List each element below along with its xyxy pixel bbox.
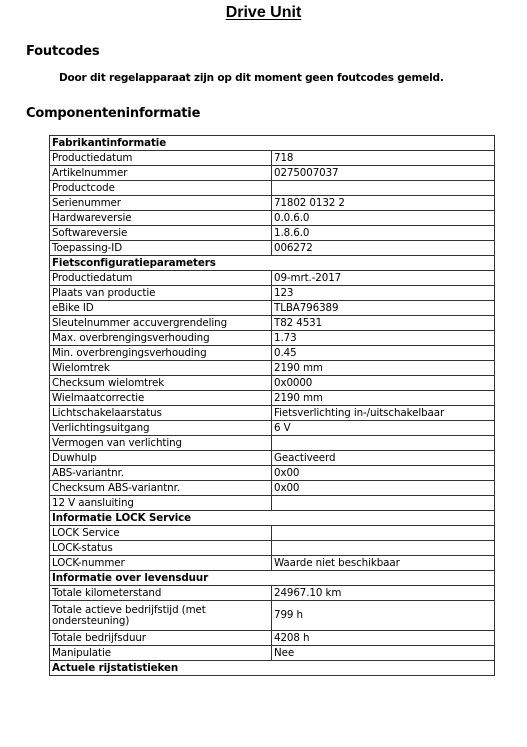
row-label: Totale kilometerstand	[50, 586, 272, 601]
table-row: Productiedatum09-mrt.-2017	[50, 271, 495, 286]
section-title: Informatie LOCK Service	[50, 511, 495, 526]
row-label: 12 V aansluiting	[50, 496, 272, 511]
row-value	[272, 541, 495, 556]
table-row: Totale kilometerstand24967.10 km	[50, 586, 495, 601]
row-label: Totale actieve bedrijfstijd (met onderst…	[50, 601, 272, 631]
table-row: Checksum ABS-variantnr.0x00	[50, 481, 495, 496]
row-value	[272, 181, 495, 196]
page-title: Drive Unit	[0, 4, 527, 22]
row-label: Plaats van productie	[50, 286, 272, 301]
row-label: LOCK-status	[50, 541, 272, 556]
row-value: Waarde niet beschikbaar	[272, 556, 495, 571]
section-header-row: Informatie over levensduur	[50, 571, 495, 586]
section-title: Fabrikantinformatie	[50, 136, 495, 151]
table-row: DuwhulpGeactiveerd	[50, 451, 495, 466]
table-row: Softwareversie1.8.6.0	[50, 226, 495, 241]
row-value: 71802 0132 2	[272, 196, 495, 211]
table-row: eBike IDTLBA796389	[50, 301, 495, 316]
row-label: ABS-variantnr.	[50, 466, 272, 481]
table-row: ManipulatieNee	[50, 646, 495, 661]
section-header-row: Informatie LOCK Service	[50, 511, 495, 526]
row-value: 2190 mm	[272, 361, 495, 376]
row-value: 006272	[272, 241, 495, 256]
row-label: Duwhulp	[50, 451, 272, 466]
row-value: 6 V	[272, 421, 495, 436]
table-row: Wielmaatcorrectie2190 mm	[50, 391, 495, 406]
row-value: TLBA796389	[272, 301, 495, 316]
fault-codes-message: Door dit regelapparaat zijn op dit momen…	[59, 72, 444, 84]
row-label: Checksum wielomtrek	[50, 376, 272, 391]
table-row: ABS-variantnr.0x00	[50, 466, 495, 481]
row-value: 0x00	[272, 466, 495, 481]
row-label: Totale bedrijfsduur	[50, 631, 272, 646]
row-label: Manipulatie	[50, 646, 272, 661]
row-label: Softwareversie	[50, 226, 272, 241]
table-row: 12 V aansluiting	[50, 496, 495, 511]
row-label: Productcode	[50, 181, 272, 196]
row-value: T82 4531	[272, 316, 495, 331]
section-title: Fietsconfiguratieparameters	[50, 256, 495, 271]
row-label: Max. overbrengingsverhouding	[50, 331, 272, 346]
row-value: Nee	[272, 646, 495, 661]
table-row: LOCK Service	[50, 526, 495, 541]
component-info-table-body: FabrikantinformatieProductiedatum718Arti…	[50, 136, 495, 676]
row-value: Fietsverlichting in-/uitschakelbaar	[272, 406, 495, 421]
row-label: Min. overbrengingsverhouding	[50, 346, 272, 361]
row-value: 0.0.6.0	[272, 211, 495, 226]
table-row: Productcode	[50, 181, 495, 196]
table-row: Totale actieve bedrijfstijd (met onderst…	[50, 601, 495, 631]
table-row: Plaats van productie123	[50, 286, 495, 301]
row-label: Lichtschakelaarstatus	[50, 406, 272, 421]
row-label: Wielmaatcorrectie	[50, 391, 272, 406]
row-label: Sleutelnummer accuvergrendeling	[50, 316, 272, 331]
component-info-table: FabrikantinformatieProductiedatum718Arti…	[49, 135, 495, 676]
row-value: 718	[272, 151, 495, 166]
row-value: 0x00	[272, 481, 495, 496]
table-row: Verlichtingsuitgang6 V	[50, 421, 495, 436]
row-value: 123	[272, 286, 495, 301]
row-value: 09-mrt.-2017	[272, 271, 495, 286]
table-row: LOCK-status	[50, 541, 495, 556]
row-value: 0x0000	[272, 376, 495, 391]
row-value	[272, 496, 495, 511]
row-label: LOCK-nummer	[50, 556, 272, 571]
row-label: Productiedatum	[50, 271, 272, 286]
table-row: Max. overbrengingsverhouding1.73	[50, 331, 495, 346]
section-title: Actuele rijstatistieken	[50, 661, 495, 676]
row-label: eBike ID	[50, 301, 272, 316]
table-row: Sleutelnummer accuvergrendelingT82 4531	[50, 316, 495, 331]
section-header-row: Actuele rijstatistieken	[50, 661, 495, 676]
row-value: 799 h	[272, 601, 495, 631]
section-header-row: Fabrikantinformatie	[50, 136, 495, 151]
row-label: Serienummer	[50, 196, 272, 211]
row-label: Verlichtingsuitgang	[50, 421, 272, 436]
table-row: LOCK-nummerWaarde niet beschikbaar	[50, 556, 495, 571]
component-info-heading: Componenteninformatie	[26, 106, 200, 121]
row-value: 1.73	[272, 331, 495, 346]
table-row: Totale bedrijfsduur4208 h	[50, 631, 495, 646]
row-value: 0275007037	[272, 166, 495, 181]
row-label: Productiedatum	[50, 151, 272, 166]
row-value: 1.8.6.0	[272, 226, 495, 241]
row-value: 24967.10 km	[272, 586, 495, 601]
table-row: Wielomtrek2190 mm	[50, 361, 495, 376]
row-value: 0.45	[272, 346, 495, 361]
row-label: Hardwareversie	[50, 211, 272, 226]
fault-codes-heading: Foutcodes	[26, 44, 99, 59]
row-value: Geactiveerd	[272, 451, 495, 466]
row-label: Artikelnummer	[50, 166, 272, 181]
section-title: Informatie over levensduur	[50, 571, 495, 586]
table-row: Serienummer71802 0132 2	[50, 196, 495, 211]
row-label: Toepassing-ID	[50, 241, 272, 256]
row-label: Wielomtrek	[50, 361, 272, 376]
row-label: LOCK Service	[50, 526, 272, 541]
section-header-row: Fietsconfiguratieparameters	[50, 256, 495, 271]
row-label: Vermogen van verlichting	[50, 436, 272, 451]
row-value	[272, 436, 495, 451]
table-row: Hardwareversie0.0.6.0	[50, 211, 495, 226]
table-row: Toepassing-ID006272	[50, 241, 495, 256]
row-value: 2190 mm	[272, 391, 495, 406]
row-label: Checksum ABS-variantnr.	[50, 481, 272, 496]
page-title-text: Drive Unit	[226, 4, 302, 21]
table-row: Vermogen van verlichting	[50, 436, 495, 451]
table-row: LichtschakelaarstatusFietsverlichting in…	[50, 406, 495, 421]
table-row: Productiedatum718	[50, 151, 495, 166]
table-row: Min. overbrengingsverhouding0.45	[50, 346, 495, 361]
table-row: Artikelnummer0275007037	[50, 166, 495, 181]
row-value: 4208 h	[272, 631, 495, 646]
table-row: Checksum wielomtrek0x0000	[50, 376, 495, 391]
row-value	[272, 526, 495, 541]
